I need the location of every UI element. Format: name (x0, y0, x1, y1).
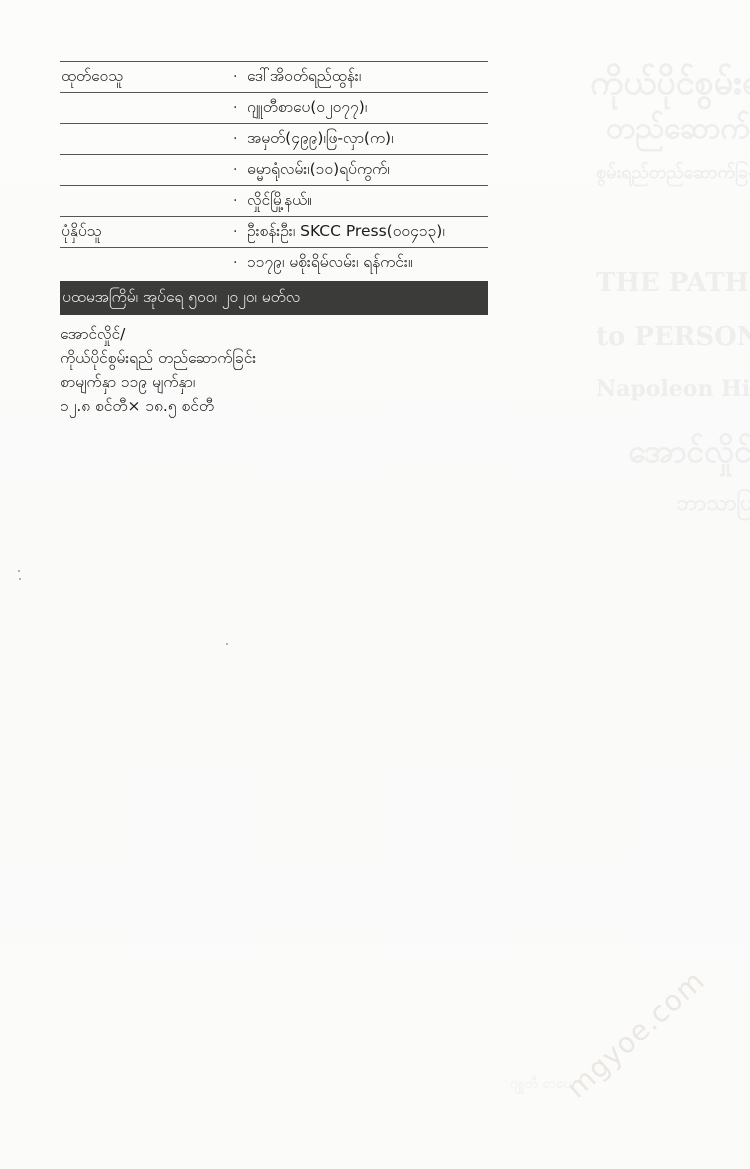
bullet-icon: · (229, 255, 247, 271)
row-label: ထုတ်ဝေသူ (60, 66, 229, 89)
speck (18, 570, 20, 572)
showthrough-title-english-1: THE PATH (596, 268, 749, 298)
catalog-info: အောင်လှိုင်/ ကိုယ်ပိုင်စွမ်းရည် တည်ဆောက်… (60, 322, 256, 418)
bullet-icon: · (229, 193, 247, 209)
bullet-icon: · (229, 224, 247, 240)
catalog-author: အောင်လှိုင်/ (60, 322, 256, 346)
colophon-row-publisher-house: · ဂျူတီစာပေ(၀၂၀၇၇)၊ (60, 92, 488, 123)
colophon-row-printer: ပုံနှိပ်သူ · ဦးစန်းဦး၊ SKCC Press(၀၀၄၁၃)… (60, 216, 488, 247)
showthrough-title-myanmar-1: ကိုယ်ပိုင်စွမ်းရည် (590, 60, 750, 111)
showthrough-translator: အောင်လှိုင် (628, 430, 750, 478)
catalog-pages: စာမျက်နှာ ၁၁၉ မျက်နှာ၊ (60, 370, 256, 394)
colophon-row-printer-address: · ၁၁၇၉၊ မစိုးရိမ်လမ်း၊ ရန်ကင်း။ (60, 247, 488, 278)
edition-banner: ပထမအကြိမ်၊ အုပ်ရေ ၅၀၀၊ ၂၀၂၀၊ မတ်လ (60, 281, 488, 315)
row-label: ပုံနှိပ်သူ (60, 221, 229, 244)
colophon-row-township: · လှိုင်မြို့နယ်။ (60, 185, 488, 216)
row-value: ဂျူတီစာပေ(၀၂၀၇၇)၊ (247, 97, 367, 120)
showthrough-subtitle: စွမ်းရည်တည်ဆောက်ခြင်း (596, 160, 750, 187)
showthrough-author: Napoleon Hill (596, 376, 750, 402)
bullet-icon: · (229, 69, 247, 85)
row-value: ၁၁၇၉၊ မစိုးရိမ်လမ်း၊ ရန်ကင်း။ (247, 252, 413, 275)
colophon-row-address-2: · ဓမ္မာရုံလမ်း၊(၁၀)ရပ်ကွက်၊ (60, 154, 488, 185)
row-value: လှိုင်မြို့နယ်။ (247, 190, 312, 213)
showthrough-title-english-2: to PERSONAL POWER (596, 322, 750, 352)
edition-text: ပထမအကြိမ်၊ အုပ်ရေ ၅၀၀၊ ၂၀၂၀၊ မတ်လ (62, 287, 300, 310)
colophon-row-address-1: · အမှတ်(၄၉၉)၊ဖြ-လှာ(က)၊ (60, 123, 488, 154)
bullet-icon: · (229, 162, 247, 178)
speck (226, 643, 228, 645)
showthrough-translator-role: ဘာသာပြန် (676, 488, 750, 521)
showthrough-title-myanmar-2: တည်ဆောက်ခြင်း (606, 108, 750, 153)
row-value: ဒေါ်အိဝတ်ရည်ထွန်း၊ (247, 66, 361, 89)
speck (19, 578, 21, 580)
colophon-row-publisher: ထုတ်ဝေသူ · ဒေါ်အိဝတ်ရည်ထွန်း၊ (60, 61, 488, 92)
book-page: ကိုယ်ပိုင်စွမ်းရည် တည်ဆောက်ခြင်း စွမ်းရည… (0, 0, 750, 1169)
bullet-icon: · (229, 100, 247, 116)
row-value: ဓမ္မာရုံလမ်း၊(၁၀)ရပ်ကွက်၊ (247, 159, 390, 182)
row-value: အမှတ်(၄၉၉)၊ဖြ-လှာ(က)၊ (247, 128, 394, 151)
colophon-table: ထုတ်ဝေသူ · ဒေါ်အိဝတ်ရည်ထွန်း၊ · ဂျူတီစာပ… (60, 61, 488, 278)
catalog-dimensions: ၁၂.၈ စင်တီ× ၁၈.၅ စင်တီ (60, 394, 256, 418)
row-value: ဦးစန်းဦး၊ SKCC Press(၀၀၄၁၃)၊ (247, 221, 445, 244)
catalog-title: ကိုယ်ပိုင်စွမ်းရည် တည်ဆောက်ခြင်း (60, 346, 256, 370)
watermark: mgyoe.com (560, 964, 711, 1105)
bullet-icon: · (229, 131, 247, 147)
